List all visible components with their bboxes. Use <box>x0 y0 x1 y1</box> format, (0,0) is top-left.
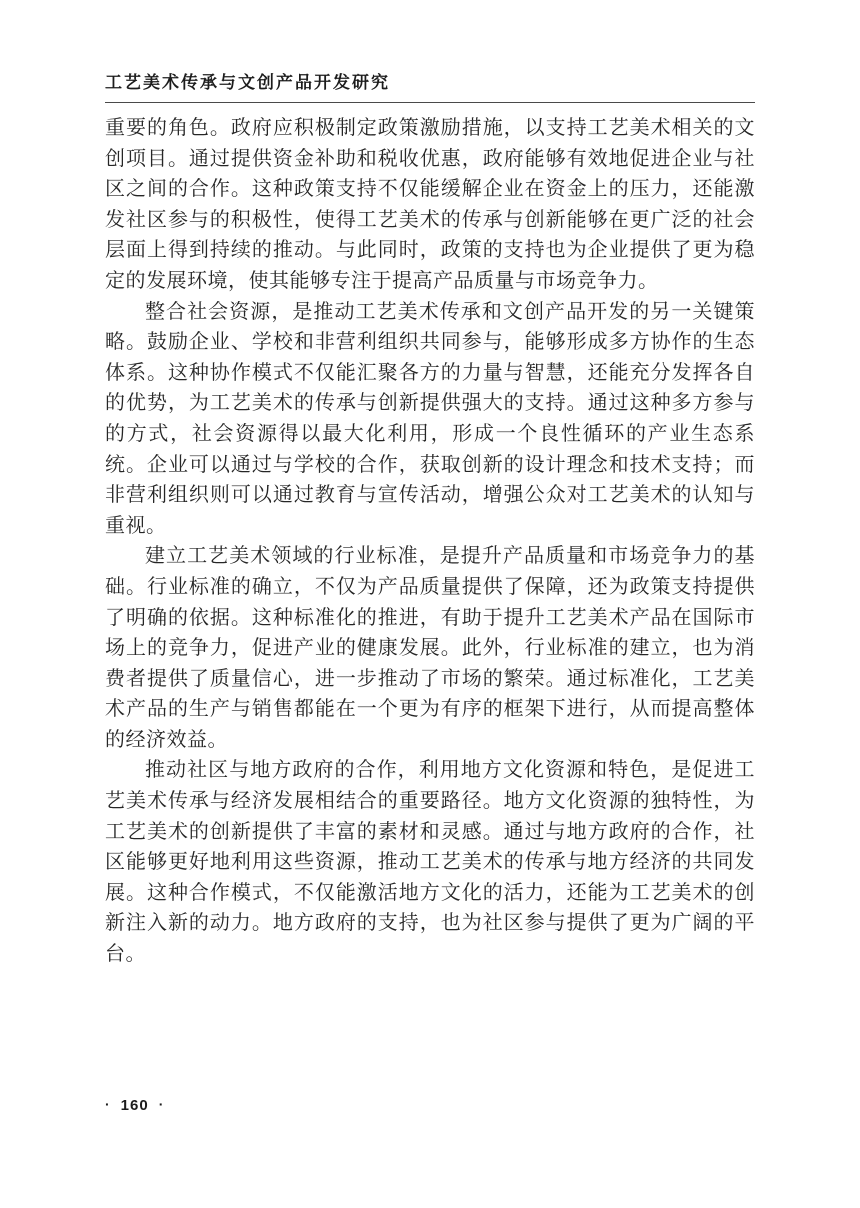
header-rule <box>105 102 755 103</box>
page-number: 160 <box>121 1097 149 1114</box>
paragraph: 整合社会资源，是推动工艺美术传承和文创产品开发的另一关键策略。鼓励企业、学校和非… <box>105 297 755 542</box>
running-head-title: 工艺美术传承与文创产品开发研究 <box>105 72 755 102</box>
footer-right-dot: · <box>159 1096 165 1112</box>
paragraph: 推动社区与地方政府的合作，利用地方文化资源和特色，是促进工艺美术传承与经济发展相… <box>105 755 755 969</box>
footer-left-dot: · <box>105 1096 111 1112</box>
paragraph: 重要的角色。政府应积极制定政策激励措施，以支持工艺美术相关的文创项目。通过提供资… <box>105 113 755 297</box>
paragraph: 建立工艺美术领域的行业标准，是提升产品质量和市场竞争力的基础。行业标准的确立，不… <box>105 541 755 755</box>
body-paragraphs: 重要的角色。政府应积极制定政策激励措施，以支持工艺美术相关的文创项目。通过提供资… <box>105 113 755 970</box>
page-footer: ·160· <box>105 1096 164 1114</box>
page-content: 工艺美术传承与文创产品开发研究 重要的角色。政府应积极制定政策激励措施，以支持工… <box>105 72 755 970</box>
document-page: 工艺美术传承与文创产品开发研究 重要的角色。政府应积极制定政策激励措施，以支持工… <box>0 0 860 1208</box>
